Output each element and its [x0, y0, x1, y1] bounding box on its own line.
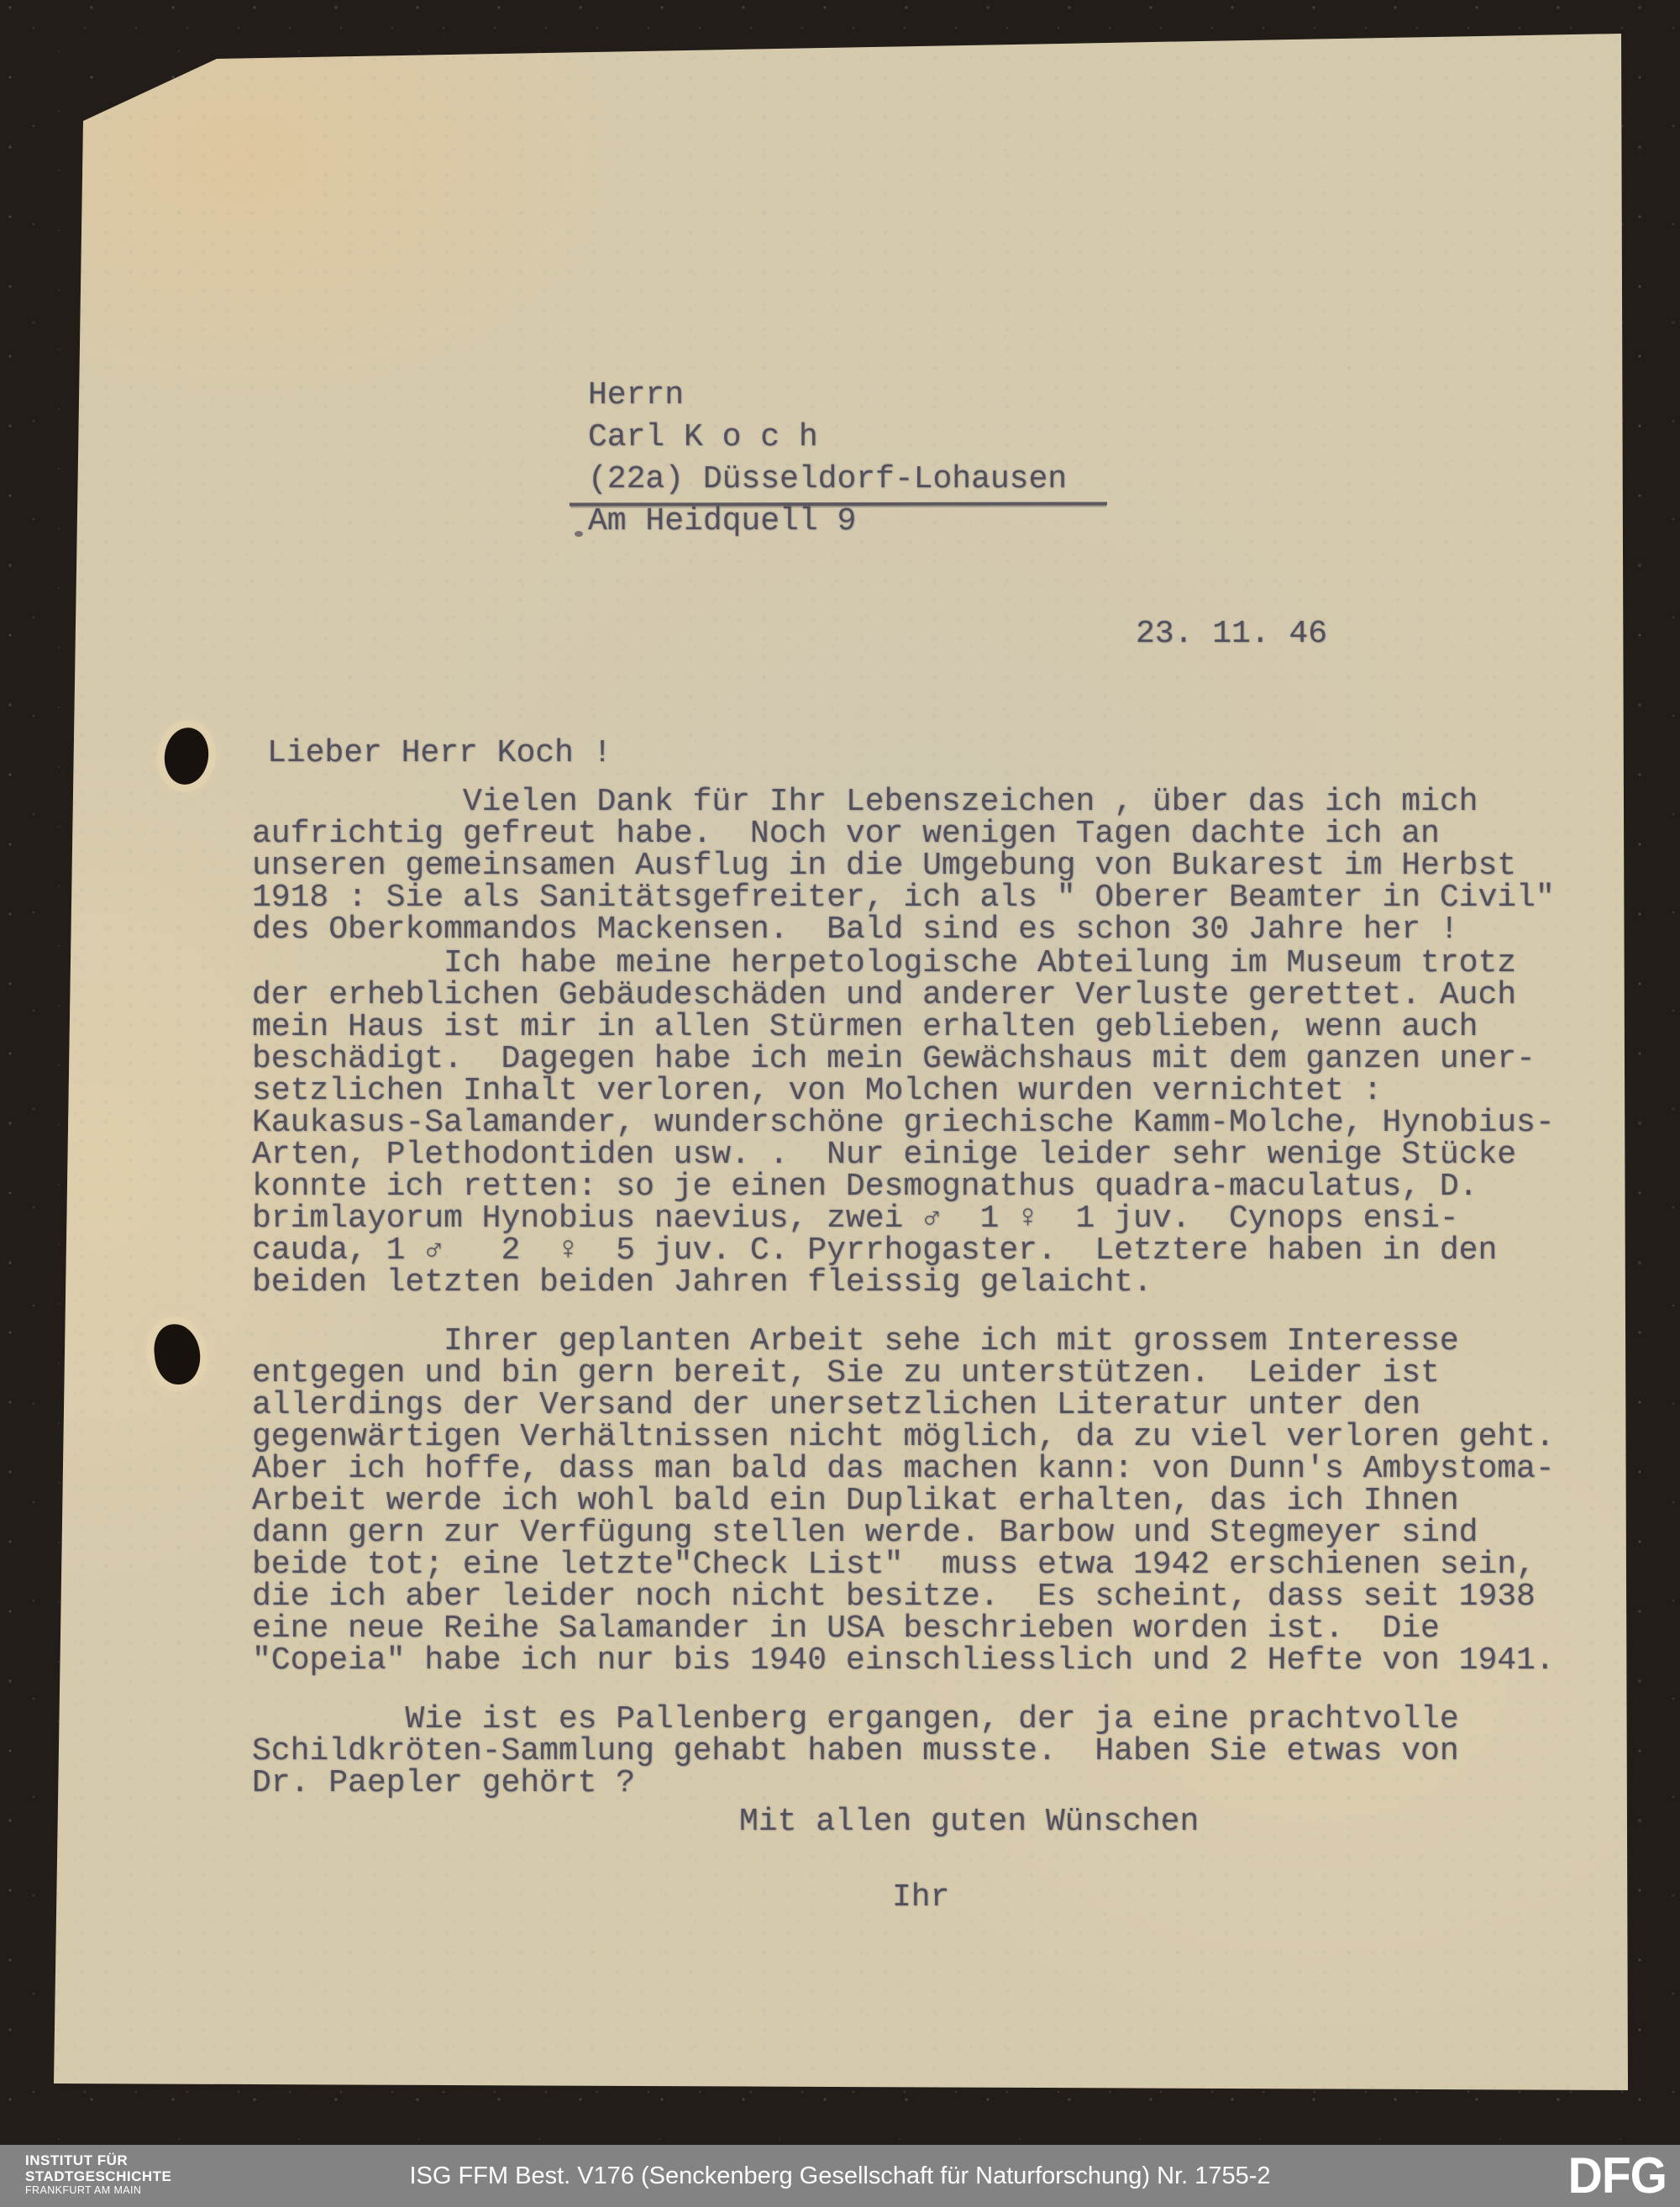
punch-hole-top: [161, 725, 213, 788]
letter-date: 23. 11. 46: [1136, 618, 1327, 650]
recipient-line: Carl K o c h: [588, 417, 1067, 459]
recipient-address: Herrn Carl K o c h (22a) Düsseldorf-Loha…: [588, 375, 1067, 543]
salutation: Lieber Herr Koch !: [267, 738, 612, 770]
paragraph-3: Ihrer geplanten Arbeit sehe ich mit gros…: [252, 1326, 1555, 1677]
archive-footer-bar: INSTITUT FÜR STADTGESCHICHTE FRANKFURT A…: [0, 2145, 1680, 2207]
paragraph-2: Ich habe meine herpetologische Abteilung…: [252, 948, 1555, 1299]
signature: Ihr: [892, 1882, 949, 1914]
closing-phrase: Mit allen guten Wünschen: [739, 1806, 1199, 1838]
recipient-line: Herrn: [588, 375, 1067, 417]
punch-hole-bottom: [151, 1322, 202, 1386]
ink-speck: [575, 531, 583, 537]
recipient-line: Am Heidquell 9: [588, 501, 1067, 543]
paragraph-4: Wie ist es Pallenberg ergangen, der ja e…: [252, 1704, 1459, 1800]
dfg-logo: DFG: [1568, 2147, 1667, 2204]
letter-page: Herrn Carl K o c h (22a) Düsseldorf-Loha…: [52, 34, 1628, 2094]
recipient-line: (22a) Düsseldorf-Lohausen: [588, 459, 1067, 501]
paragraph-1: Vielen Dank für Ihr Lebenszeichen , über…: [252, 786, 1555, 946]
archive-reference: ISG FFM Best. V176 (Senckenberg Gesellsc…: [0, 2145, 1680, 2207]
scan-background: Herrn Carl K o c h (22a) Düsseldorf-Loha…: [0, 0, 1680, 2207]
